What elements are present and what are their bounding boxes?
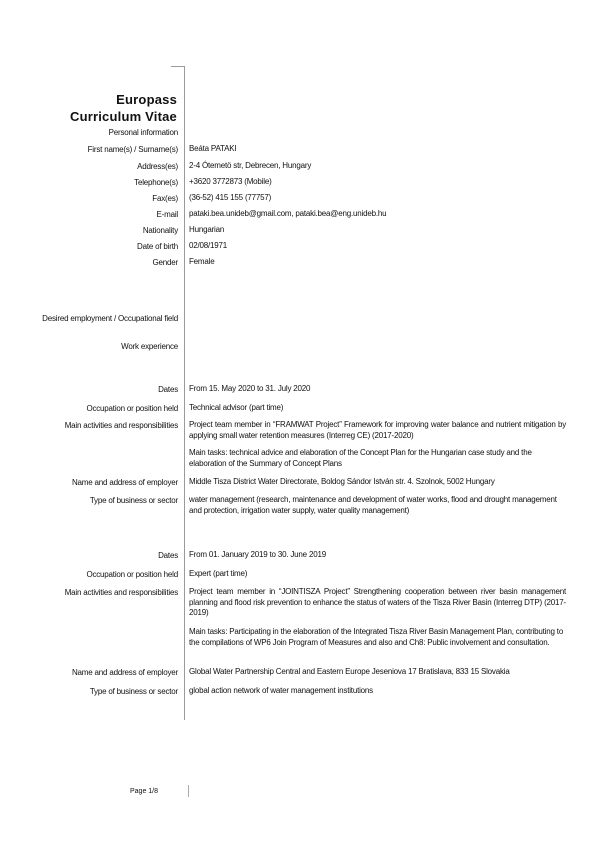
job1-employer: Middle Tisza District Water Directorate,… [189, 477, 566, 488]
telephone-value: +3620 3772873 (Mobile) [189, 177, 566, 188]
title-cv: Curriculum Vitae [70, 109, 177, 124]
job2-business-label: Type of business or sector [90, 687, 178, 696]
title-europass: Europass [116, 92, 177, 107]
address-label: Address(es) [137, 162, 178, 171]
job2-employer-label: Name and address of employer [72, 668, 178, 677]
nationality-value: Hungarian [189, 225, 566, 236]
dob-value: 02/08/1971 [189, 241, 566, 252]
job2-occupation: Expert (part time) [189, 569, 566, 580]
column-divider [184, 66, 185, 720]
job2-activities-label: Main activities and responsibilities [65, 588, 178, 597]
job1-activities: Project team member in “FRAMWAT Project”… [189, 420, 566, 441]
fax-label: Fax(es) [152, 194, 178, 203]
job1-tasks: Main tasks: technical advice and elabora… [189, 448, 566, 469]
telephone-label: Telephone(s) [134, 178, 178, 187]
job2-tasks: Main tasks: Participating in the elabora… [189, 627, 566, 648]
job2-dates-label: Dates [158, 551, 178, 560]
email-label: E-mail [157, 210, 178, 219]
job2-business: global action network of water managemen… [189, 686, 566, 697]
divider-top-tick [171, 66, 184, 67]
job2-occupation-label: Occupation or position held [86, 570, 178, 579]
job1-occupation: Technical advisor (part time) [189, 403, 566, 414]
email-value[interactable]: pataki.bea.unideb@gmail.com, pataki.bea@… [189, 209, 566, 220]
job1-dates-label: Dates [158, 385, 178, 394]
job2-activities: Project team member in “JOINTISZA Projec… [189, 587, 566, 619]
job2-dates: From 01. January 2019 to 30. June 2019 [189, 550, 566, 561]
fax-value: (36-52) 415 155 (77757) [189, 193, 566, 204]
section-personal-information: Personal information [109, 128, 178, 137]
section-work-experience: Work experience [121, 342, 178, 351]
dob-label: Date of birth [137, 242, 178, 251]
name-value: Beáta PATAKI [189, 144, 566, 155]
nationality-label: Nationality [143, 226, 178, 235]
gender-value: Female [189, 257, 566, 268]
gender-label: Gender [153, 258, 178, 267]
name-label: First name(s) / Surname(s) [88, 145, 178, 154]
footer-divider [188, 785, 189, 797]
job2-employer: Global Water Partnership Central and Eas… [189, 667, 566, 678]
job1-activities-label: Main activities and responsibilities [65, 421, 178, 430]
job1-occupation-label: Occupation or position held [86, 404, 178, 413]
job1-dates: From 15. May 2020 to 31. July 2020 [189, 384, 566, 395]
section-desired-employment: Desired employment / Occupational field [28, 314, 178, 324]
job1-business-label: Type of business or sector [90, 496, 178, 505]
job1-business: water management (research, maintenance … [189, 495, 566, 516]
address-value: 2-4 Ótemetö str, Debrecen, Hungary [189, 161, 566, 172]
page-number: Page 1/8 [130, 788, 158, 795]
job1-employer-label: Name and address of employer [72, 478, 178, 487]
